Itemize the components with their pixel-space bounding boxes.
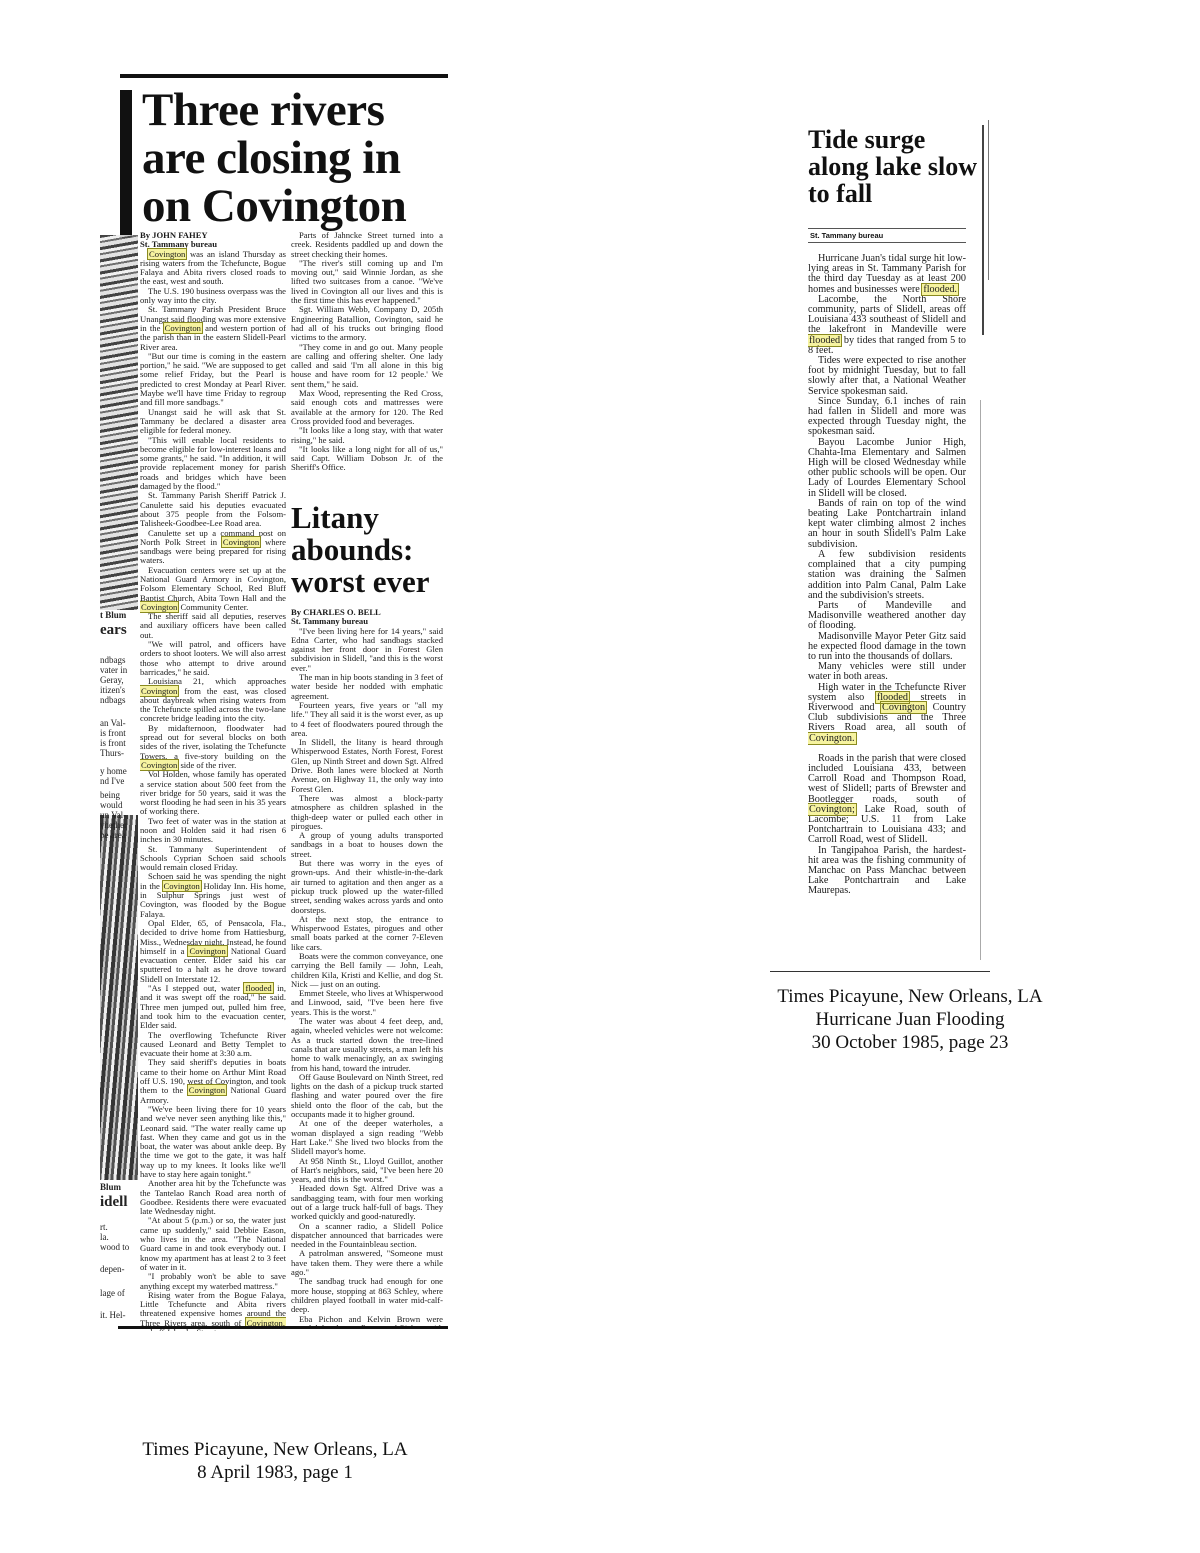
edge-fragment: vhether: [100, 820, 140, 830]
paragraph: Lacombe, the North Shore community, part…: [808, 295, 966, 356]
clipping-1983: Three rivers are closing in on Covington…: [100, 70, 450, 1392]
edge-fragment: un Val-: [100, 810, 140, 820]
paragraph: The sandbag truck had enough for one mor…: [291, 1277, 443, 1314]
paragraph: "I've been living here for 14 years," sa…: [291, 627, 443, 673]
edge-fragment: an Val-: [100, 718, 140, 728]
paragraph: Bayou Lacombe Junior High, Chahta-Ima El…: [808, 438, 966, 499]
paragraph: A group of young adults transported sand…: [291, 831, 443, 859]
edge-fragment: is front: [100, 728, 140, 738]
paragraph: Evacuation centers were set up at the Na…: [140, 566, 286, 612]
paragraph: Two feet of water was in the station at …: [140, 817, 286, 845]
paragraph: Madisonville Mayor Peter Gitz said he ex…: [808, 632, 966, 663]
paragraph: Canulette set up a command post on North…: [140, 529, 286, 566]
headline-tide-surge: Tide surge along lake slow to fall: [808, 126, 978, 207]
paragraph: Bands of rain on top of the wind beating…: [808, 499, 966, 550]
edge-fragment: ndbags: [100, 655, 140, 665]
edge-fragment: being: [100, 790, 140, 800]
edge-fragment: idell: [100, 1194, 140, 1210]
paragraph: "The river's still coming up and I'm mov…: [291, 259, 443, 305]
paragraph: Rising water from the Bogue Falaya, Litt…: [140, 1291, 286, 1331]
edge-fragment: nd I've: [100, 776, 140, 786]
edge-fragment: it. Hel-: [100, 1310, 140, 1320]
paragraph: At 958 Ninth St., Lloyd Guillot, another…: [291, 1157, 443, 1185]
caption-line: 8 April 1983, page 1: [100, 1461, 450, 1484]
paragraph: At the next stop, the entrance to Whispe…: [291, 915, 443, 952]
paragraph: St. Tammany Parish Sheriff Patrick J. Ca…: [140, 491, 286, 528]
paragraph: St. Tammany Parish President Bruce Unang…: [140, 305, 286, 351]
paragraph: Another area hit by the Tchefuncte was t…: [140, 1179, 286, 1216]
paragraph: The man in hip boots standing in 3 feet …: [291, 673, 443, 701]
edge-fragment: la.: [100, 1232, 140, 1242]
paragraph: Off Gause Boulevard on Ninth Street, red…: [291, 1073, 443, 1119]
caption-line: Times Picayune, New Orleans, LA: [100, 1438, 450, 1461]
paragraph: The sheriff said all deputies, reserves …: [140, 612, 286, 640]
paragraph: In Slidell, the litany is heard through …: [291, 738, 443, 794]
caption-line: Hurricane Juan Flooding: [740, 1008, 1080, 1031]
paragraph: The water was about 4 feet deep, and, ag…: [291, 1017, 443, 1073]
edge-fragment: ndbags: [100, 695, 140, 705]
edge-fragment: Blum: [100, 1182, 140, 1192]
edge-fragment: Thurs-: [100, 748, 140, 758]
paragraph: "It looks like a long night for all of u…: [291, 445, 443, 473]
paragraph: A patrolman answered, "Someone must have…: [291, 1249, 443, 1277]
paragraph: Roads in the parish that were closed inc…: [808, 754, 966, 846]
edge-fragment: vater in: [100, 665, 140, 675]
paragraph: But there was worry in the eyes of grown…: [291, 859, 443, 915]
paragraph: Opal Elder, 65, of Pensacola, Fla., deci…: [140, 919, 286, 984]
top-rule: [120, 74, 448, 78]
paragraph: Louisiana 21, which approaches Covington…: [140, 677, 286, 723]
bottom-rule: [770, 971, 990, 972]
paragraph: "As I stepped out, water flooded in, and…: [140, 984, 286, 1030]
rule: [808, 228, 966, 229]
paragraph: Parts of Jahncke Street turned into a cr…: [291, 231, 443, 259]
paragraph: High water in the Tchefuncte River syste…: [808, 683, 966, 744]
paragraph: The overflowing Tchefuncte River caused …: [140, 1031, 286, 1059]
edge-fragment: would: [100, 800, 140, 810]
paragraph: At one of the deeper waterholes, a woman…: [291, 1119, 443, 1156]
article-column-1: By JOHN FAHEY St. Tammany bureau Covingt…: [140, 231, 286, 1331]
paragraph: "We've been living there for 10 years an…: [140, 1105, 286, 1179]
headline-bar: [120, 90, 132, 238]
edge-fragment: itizen's: [100, 685, 140, 695]
sub-headline-litany: Litany abounds: worst ever: [291, 502, 446, 598]
flood-photo-fragment: [100, 235, 138, 610]
paragraph: Sgt. William Webb, Company D, 205th Engi…: [291, 305, 443, 342]
paragraph: "It looks like a long stay, with that wa…: [291, 426, 443, 445]
article-column-2: Parts of Jahncke Street turned into a cr…: [291, 231, 443, 491]
paragraph: Fourteen years, five years or "all my li…: [291, 701, 443, 738]
caption-1983: Times Picayune, New Orleans, LA 8 April …: [100, 1438, 450, 1484]
paragraph: Covington was an island Thursday as risi…: [140, 250, 286, 287]
paragraph: St. Tammany Superintendent of Schools Cy…: [140, 845, 286, 873]
edge-fragment: wood to: [100, 1242, 140, 1252]
paragraph: The U.S. 190 business overpass was the o…: [140, 287, 286, 306]
paragraph: Unangst said he will ask that St. Tamman…: [140, 408, 286, 436]
edge-fragment: depen-: [100, 1264, 140, 1274]
search-highlight[interactable]: Covington.: [808, 733, 856, 744]
bottom-rule: [118, 1326, 448, 1329]
paragraph: Schoen said he was spending the night in…: [140, 872, 286, 918]
sub-article-column: By CHARLES O. BELL St. Tammany bureau "I…: [291, 608, 443, 1328]
edge-fragment: Geray,: [100, 675, 140, 685]
paragraph: There was almost a block-party atmospher…: [291, 794, 443, 831]
paragraph: Tides were expected to rise another foot…: [808, 356, 966, 397]
paragraph: Emmet Steele, who lives at Whisperwood a…: [291, 989, 443, 1017]
column-rule: [980, 400, 981, 960]
edge-fragment: y home: [100, 766, 140, 776]
paragraph: "I probably won't be able to save anythi…: [140, 1272, 286, 1291]
paragraph: Boats were the common conveyance, one ca…: [291, 952, 443, 989]
edge-fragment: rt.: [100, 1222, 140, 1232]
paragraph: They said sheriff's deputies in boats ca…: [140, 1058, 286, 1104]
caption-line: Times Picayune, New Orleans, LA: [740, 985, 1080, 1008]
column-rule: [988, 120, 989, 280]
paragraph: In Tangipahoa Parish, the hardest-hit ar…: [808, 846, 966, 897]
rule: [808, 242, 966, 243]
paragraph: "At about 5 (p.m.) or so, the water just…: [140, 1216, 286, 1272]
caption-1985: Times Picayune, New Orleans, LA Hurrican…: [740, 985, 1080, 1054]
paragraph: Headed down Sgt. Alfred Drive was a sand…: [291, 1184, 443, 1221]
paragraph: Since Sunday, 6.1 inches of rain had fal…: [808, 397, 966, 438]
edge-fragment: is front: [100, 738, 140, 748]
edge-fragment: t Blum: [100, 610, 140, 620]
article-column: Hurricane Juan's tidal surge hit low-lyi…: [808, 254, 966, 954]
paragraph: By midafternoon, floodwater had spread o…: [140, 724, 286, 770]
edge-fragment: ears: [100, 622, 140, 638]
paragraph: "We will patrol, and officers have order…: [140, 640, 286, 677]
caption-line: 30 October 1985, page 23: [740, 1031, 1080, 1054]
paragraph: Many vehicles were still under water in …: [808, 662, 966, 682]
paragraph: Parts of Mandeville and Madisonville wea…: [808, 601, 966, 632]
headline-three-rivers: Three rivers are closing in on Covington: [142, 86, 442, 230]
paragraph: "This will enable local residents to bec…: [140, 436, 286, 492]
clipping-1985: Tide surge along lake slow to fall St. T…: [800, 120, 1000, 980]
flood-photo-fragment-2: [100, 815, 138, 1180]
paragraph: On a scanner radio, a Slidell Police dis…: [291, 1222, 443, 1250]
paragraph: "But our time is coming in the eastern p…: [140, 352, 286, 408]
paragraph: "They come in and go out. Many people ar…: [291, 343, 443, 389]
bureau-line: St. Tammany bureau: [810, 231, 883, 240]
edge-fragment: be area: [100, 830, 140, 840]
paragraph: A few subdivision residents complained t…: [808, 550, 966, 601]
paragraph: Vol Holden, whose family has operated a …: [140, 770, 286, 816]
paragraph: Max Wood, representing the Red Cross, sa…: [291, 389, 443, 426]
edge-fragment: lage of: [100, 1288, 140, 1298]
paragraph: Hurricane Juan's tidal surge hit low-lyi…: [808, 254, 966, 295]
search-highlight[interactable]: Covington: [188, 1085, 226, 1095]
column-rule: [982, 125, 984, 335]
